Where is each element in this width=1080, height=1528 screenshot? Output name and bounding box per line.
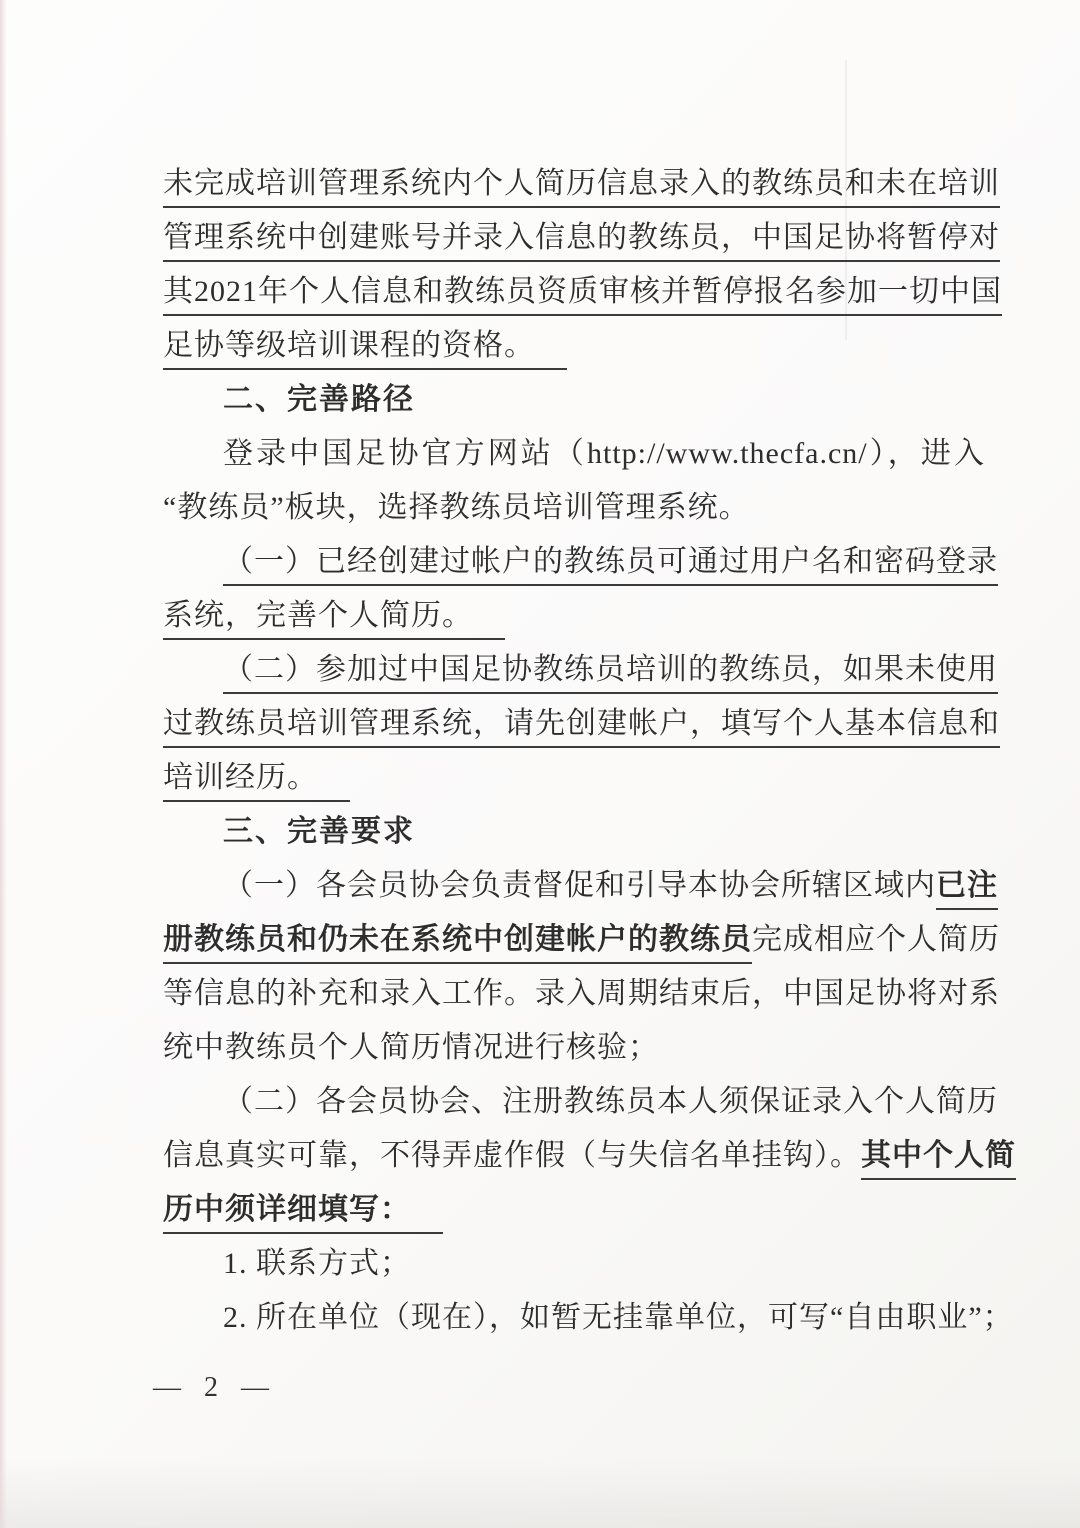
item2-1-line1-seg-1: （一）已经创建过帐户的教练员可通过用户名和密码登录 xyxy=(223,545,998,586)
item3-2-line3-seg-1: 历中须详细填写： xyxy=(163,1193,443,1234)
item3-1-line4: 统中教练员个人简历情况进行核验； xyxy=(163,1021,985,1075)
item2-1-line1: （一）已经创建过帐户的教练员可通过用户名和密码登录 xyxy=(163,535,985,589)
item2-2-line1: （二）参加过中国足协教练员培训的教练员，如果未使用 xyxy=(163,643,985,697)
list-item-1: 1. 联系方式； xyxy=(163,1237,985,1291)
list-item-2-seg-1: 2. 所在单位（现在），如暂无挂靠单位，可写“自由职业”； xyxy=(223,1301,1014,1334)
item2-2-line2-seg-1: 过教练员培训管理系统，请先创建帐户，填写个人基本信息和 xyxy=(163,707,1000,748)
item3-2-line1: （二）各会员协会、注册教练员本人须保证录入个人简历 xyxy=(163,1075,985,1129)
item3-2-line2: 信息真实可靠，不得弄虚作假（与失信名单挂钩）。其中个人简 xyxy=(163,1129,985,1183)
list-item-2: 2. 所在单位（现在），如暂无挂靠单位，可写“自由职业”； xyxy=(163,1291,985,1345)
item2-1-line2-seg-1: 系统，完善个人简历。 xyxy=(163,599,505,640)
list-item-1-seg-1: 1. 联系方式； xyxy=(223,1247,411,1280)
item3-1-line2-seg-1: 册教练员和仍未在系统中创建帐户的教练员 xyxy=(163,923,752,964)
document-body: 未完成培训管理系统内个人简历信息录入的教练员和未在培训管理系统中创建账号并录入信… xyxy=(163,157,985,1345)
heading-section-3: 三、完善要求 xyxy=(163,805,985,859)
para1-line1-seg-1: 未完成培训管理系统内个人简历信息录入的教练员和未在培训 xyxy=(163,167,1000,208)
item3-1-line3: 等信息的补充和录入工作。录入周期结束后，中国足协将对系 xyxy=(163,967,985,1021)
para1-line4: 足协等级培训课程的资格。 xyxy=(163,319,985,373)
item2-1-line2: 系统，完善个人简历。 xyxy=(163,589,985,643)
para2-line1: 登录中国足协官方网站（http://www.thecfa.cn/），进入 xyxy=(163,427,985,481)
item3-2-line1-seg-1: （二）各会员协会、注册教练员本人须保证录入个人简历 xyxy=(223,1085,998,1118)
document-page: 未完成培训管理系统内个人简历信息录入的教练员和未在培训管理系统中创建账号并录入信… xyxy=(0,0,1080,1528)
para1-line3-seg-1: 其2021年个人信息和教练员资质审核并暂停报名参加一切中国 xyxy=(163,275,1002,316)
item3-1-line1: （一）各会员协会负责督促和引导本协会所辖区域内已注 xyxy=(163,859,985,913)
scan-edge-artifact xyxy=(0,0,7,1528)
item3-1-line1-seg-2: 已注 xyxy=(936,869,998,910)
para1-line1: 未完成培训管理系统内个人简历信息录入的教练员和未在培训 xyxy=(163,157,985,211)
item2-2-line3: 培训经历。 xyxy=(163,751,985,805)
heading-section-2-seg-1: 二、完善路径 xyxy=(223,383,415,416)
heading-section-2: 二、完善路径 xyxy=(163,373,985,427)
heading-section-3-seg-1: 三、完善要求 xyxy=(223,815,415,848)
item3-2-line2-seg-2: 其中个人简 xyxy=(861,1139,1016,1180)
item2-2-line2: 过教练员培训管理系统，请先创建帐户，填写个人基本信息和 xyxy=(163,697,985,751)
item3-2-line2-seg-1: 信息真实可靠，不得弄虚作假（与失信名单挂钩）。 xyxy=(163,1139,861,1172)
item3-1-line2-seg-2: 完成相应个人简历 xyxy=(752,923,1000,956)
para1-line4-seg-1: 足协等级培训课程的资格。 xyxy=(163,329,567,370)
para1-line2-seg-1: 管理系统中创建账号并录入信息的教练员，中国足协将暂停对 xyxy=(163,221,1000,262)
item3-1-line2: 册教练员和仍未在系统中创建帐户的教练员完成相应个人简历 xyxy=(163,913,985,967)
para2-line2-seg-1: “教练员”板块，选择教练员培训管理系统。 xyxy=(163,491,750,524)
item3-1-line4-seg-1: 统中教练员个人简历情况进行核验； xyxy=(163,1031,659,1064)
item2-2-line3-seg-1: 培训经历。 xyxy=(163,761,350,802)
scan-shadow-artifact xyxy=(0,1458,1080,1528)
para1-line2: 管理系统中创建账号并录入信息的教练员，中国足协将暂停对 xyxy=(163,211,985,265)
item3-1-line3-seg-1: 等信息的补充和录入工作。录入周期结束后，中国足协将对系 xyxy=(163,977,1000,1010)
para2-line2: “教练员”板块，选择教练员培训管理系统。 xyxy=(163,481,985,535)
item2-2-line1-seg-1: （二）参加过中国足协教练员培训的教练员，如果未使用 xyxy=(223,653,998,694)
item3-2-line3: 历中须详细填写： xyxy=(163,1183,985,1237)
page-number: — 2 — xyxy=(153,1372,277,1404)
para2-line1-seg-1: 登录中国足协官方网站（http://www.thecfa.cn/），进入 xyxy=(223,437,985,470)
para1-line3: 其2021年个人信息和教练员资质审核并暂停报名参加一切中国 xyxy=(163,265,985,319)
item3-1-line1-seg-1: （一）各会员协会负责督促和引导本协会所辖区域内 xyxy=(223,869,936,902)
